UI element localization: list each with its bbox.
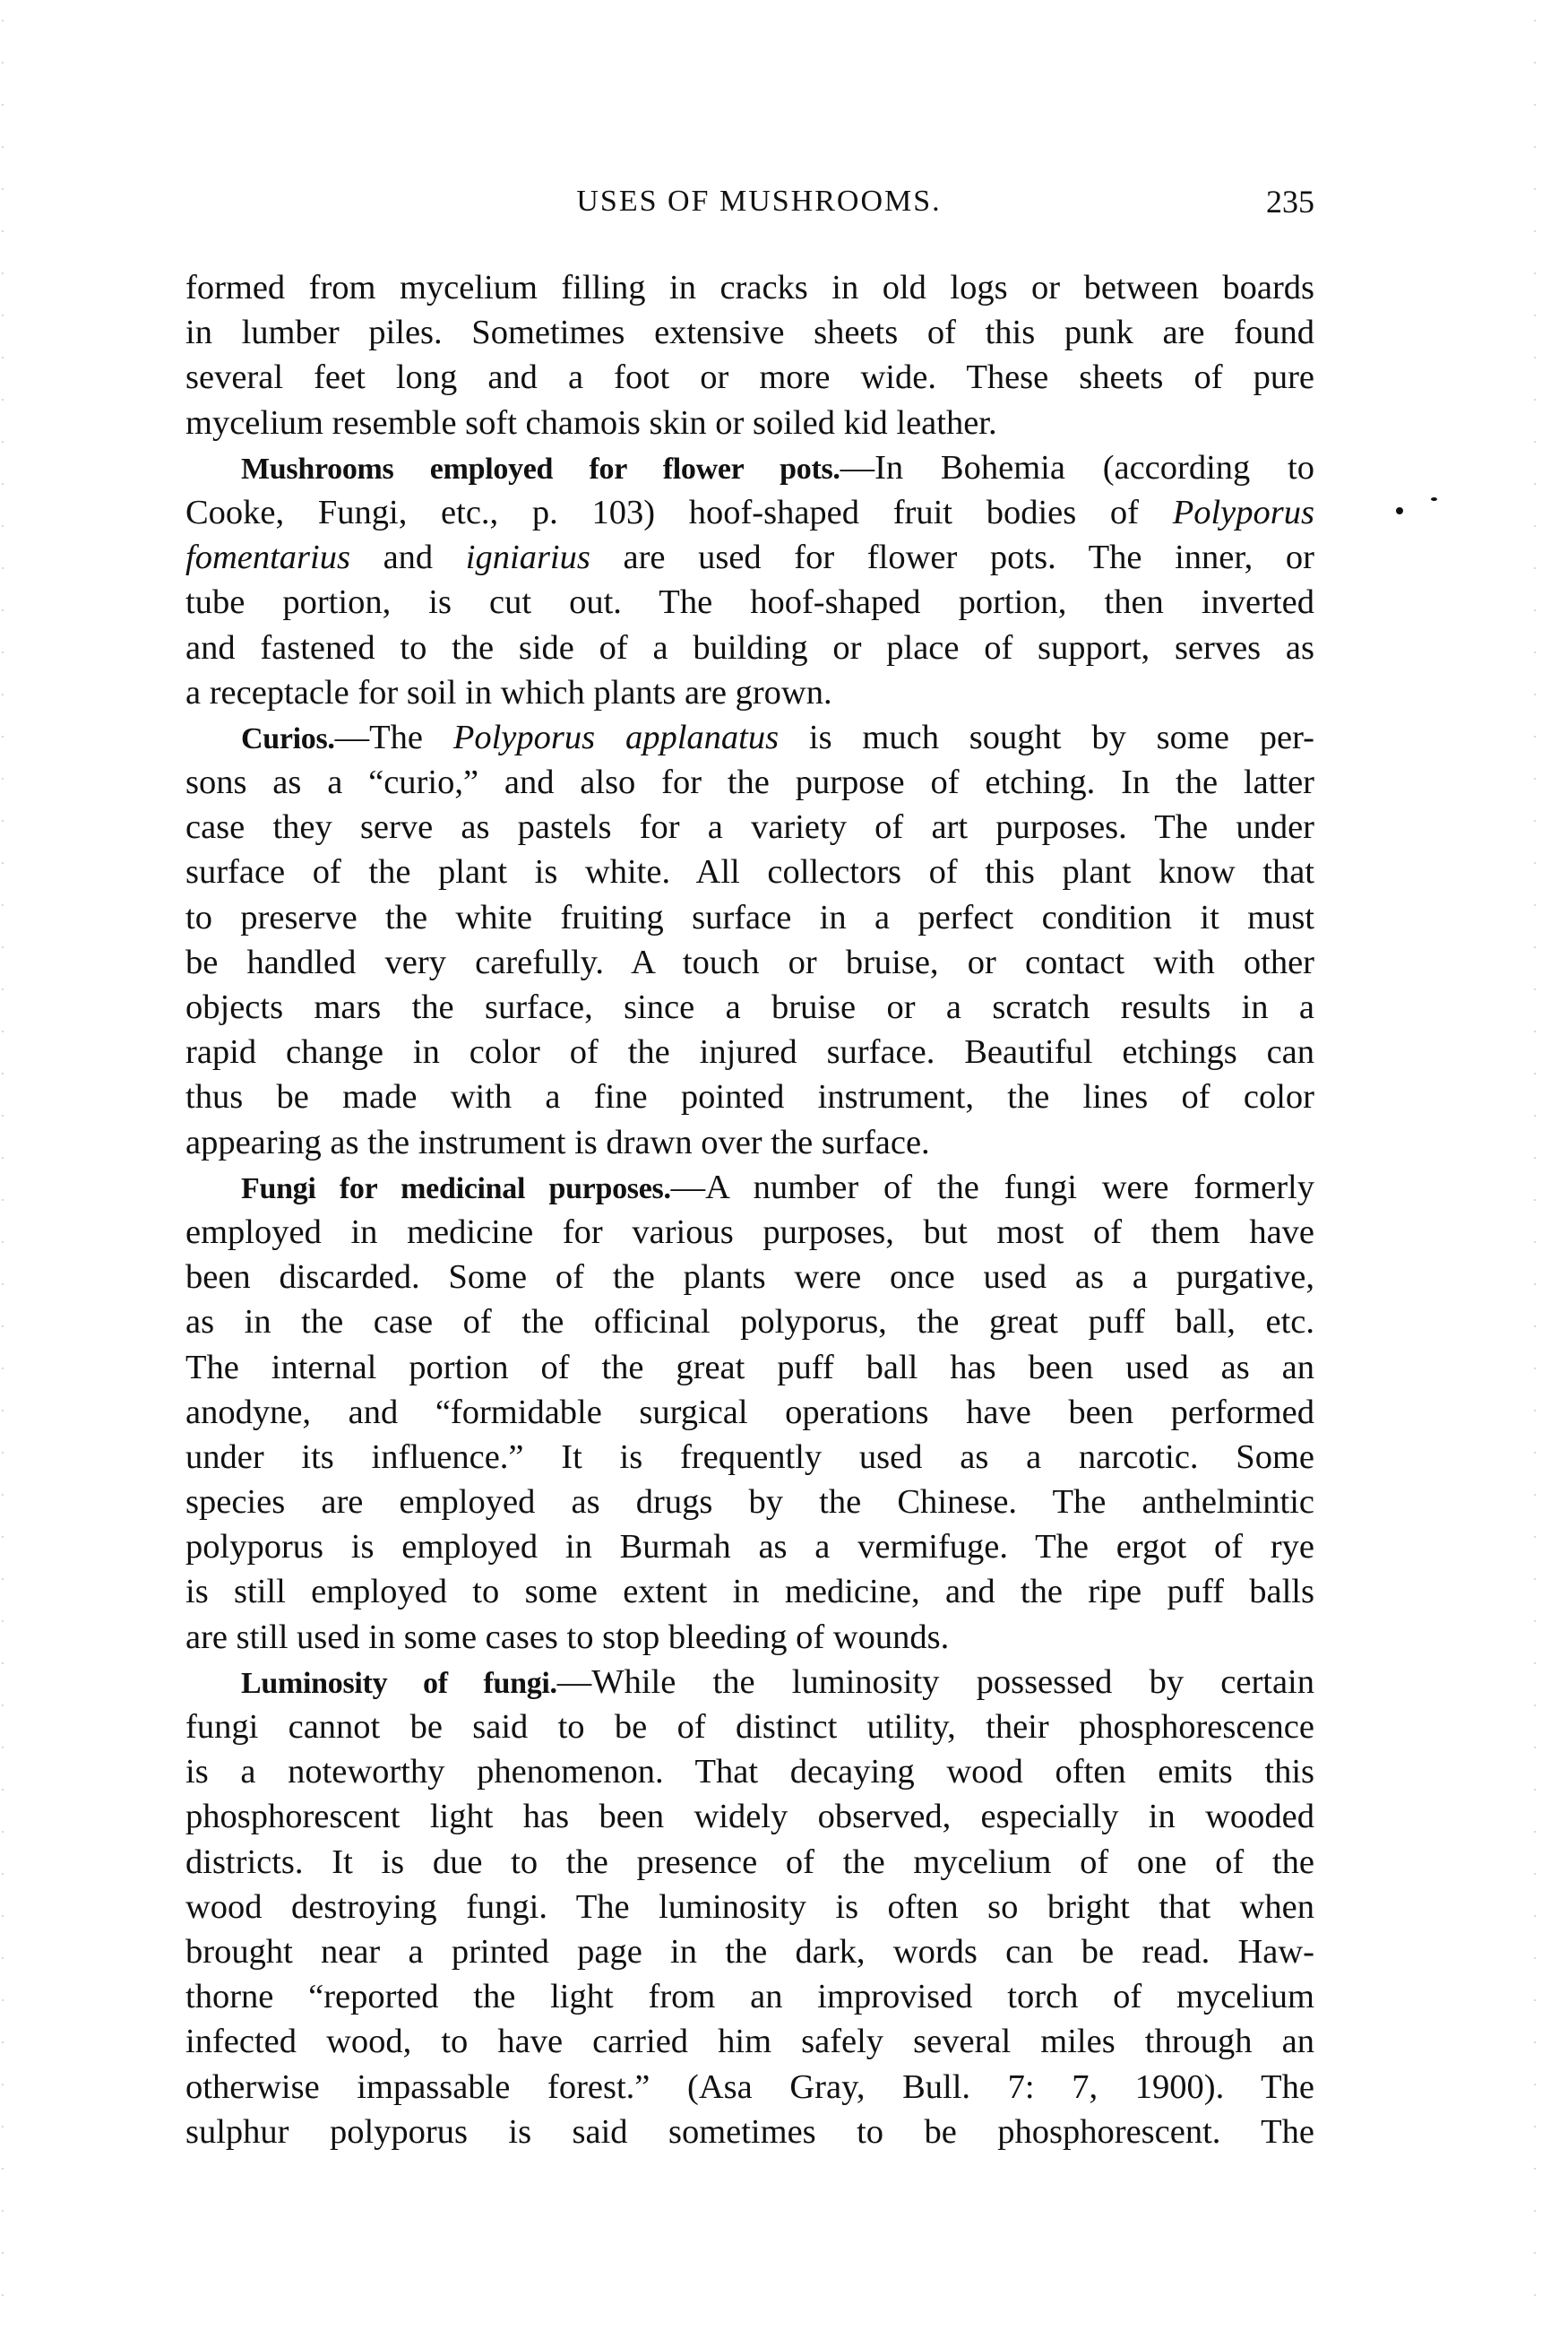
section-heading: Luminosity of fungi.	[241, 1667, 557, 1700]
section-heading: Fungi for medicinal purposes.	[241, 1172, 671, 1205]
text-run: —A number of the fungi were formerly	[671, 1169, 1314, 1206]
text-line: formed from mycelium filling in cracks i…	[185, 265, 1314, 310]
text-line: brought near a printed page in the dark,…	[185, 1929, 1314, 1974]
text-line: as in the case of the officinal polyporu…	[185, 1299, 1314, 1344]
text-line: mycelium resemble soft chamois skin or s…	[185, 401, 1314, 445]
section-heading: Mushrooms employed for flower pots.	[241, 453, 840, 486]
paragraph-continuation: formed from mycelium filling in cracks i…	[185, 265, 1314, 445]
text-line: anodyne, and “formidable surgical operat…	[185, 1390, 1314, 1435]
text-line: phosphorescent light has been widely obs…	[185, 1794, 1314, 1839]
paragraph-medicinal: Fungi for medicinal purposes.—A number o…	[185, 1165, 1314, 1660]
body-text: formed from mycelium filling in cracks i…	[185, 265, 1314, 2154]
text-line: polyporus is employed in Burmah as a ver…	[185, 1524, 1314, 1569]
text-line: Fungi for medicinal purposes.—A number o…	[185, 1165, 1314, 1210]
text-run: —While the luminosity possessed by certa…	[557, 1663, 1314, 1701]
text-line: to preserve the white fruiting surface i…	[185, 895, 1314, 940]
species-name: igniarius	[466, 539, 590, 576]
paragraph-luminosity: Luminosity of fungi.—While the luminosit…	[185, 1660, 1314, 2154]
scan-edge-left	[2, 0, 4, 2330]
text-run: are used for flower pots. The inner, or	[590, 539, 1314, 576]
species-name: Polyporus	[1173, 494, 1314, 531]
text-line: employed in medicine for various purpose…	[185, 1210, 1314, 1255]
text-line: otherwise impassable forest.” (Asa Gray,…	[185, 2065, 1314, 2110]
text-line: Luminosity of fungi.—While the luminosit…	[185, 1660, 1314, 1704]
text-run: is much sought by some per-	[779, 719, 1314, 756]
text-line: several feet long and a foot or more wid…	[185, 355, 1314, 400]
text-line: species are employed as drugs by the Chi…	[185, 1480, 1314, 1524]
paragraph-curios: Curios.—The Polyporus applanatus is much…	[185, 715, 1314, 1165]
text-line: is still employed to some extent in medi…	[185, 1569, 1314, 1614]
text-line: tube portion, is cut out. The hoof-shape…	[185, 580, 1314, 625]
species-name: Polyporus applanatus	[453, 719, 779, 756]
page-number: 235	[1266, 183, 1314, 220]
book-page: USES OF MUSHROOMS. 235 formed from mycel…	[0, 0, 1568, 2330]
text-line: sulphur polyporus is said sometimes to b…	[185, 2110, 1314, 2154]
text-line: districts. It is due to the presence of …	[185, 1840, 1314, 1885]
text-line: fomentarius and igniarius are used for f…	[185, 535, 1314, 580]
section-heading: Curios.	[241, 722, 335, 755]
text-line: in lumber piles. Sometimes extensive she…	[185, 310, 1314, 355]
text-line: be handled very carefully. A touch or br…	[185, 940, 1314, 985]
running-head: USES OF MUSHROOMS. 235	[185, 179, 1314, 224]
text-line: rapid change in color of the injured sur…	[185, 1030, 1314, 1074]
margin-mark	[1431, 497, 1437, 501]
text-line: surface of the plant is white. All colle…	[185, 850, 1314, 894]
text-line: sons as a “curio,” and also for the purp…	[185, 760, 1314, 805]
text-line: The internal portion of the great puff b…	[185, 1345, 1314, 1390]
paragraph-flower-pots: Mushrooms employed for flower pots.—In B…	[185, 445, 1314, 715]
text-line: is a noteworthy phenomenon. That decayin…	[185, 1749, 1314, 1794]
text-line: case they serve as pastels for a variety…	[185, 805, 1314, 850]
text-line: are still used in some cases to stop ble…	[185, 1615, 1314, 1660]
text-line: Curios.—The Polyporus applanatus is much…	[185, 715, 1314, 760]
text-run: and	[350, 539, 466, 576]
text-line: objects mars the surface, since a bruise…	[185, 985, 1314, 1030]
text-line: been discarded. Some of the plants were …	[185, 1255, 1314, 1299]
running-title: USES OF MUSHROOMS.	[185, 185, 1314, 219]
text-line: thus be made with a fine pointed instrum…	[185, 1074, 1314, 1119]
text-run: Cooke, Fungi, etc., p. 103) hoof-shaped …	[185, 494, 1173, 531]
text-line: infected wood, to have carried him safel…	[185, 2019, 1314, 2064]
text-line: thorne “reported the light from an impro…	[185, 1974, 1314, 2019]
text-line: a receptacle for soil in which plants ar…	[185, 670, 1314, 715]
text-run: —The	[335, 719, 453, 756]
text-line: and fastened to the side of a building o…	[185, 626, 1314, 670]
text-run: —In Bohemia (according to	[840, 449, 1314, 487]
scan-edge-right	[1534, 0, 1536, 2330]
text-line: Cooke, Fungi, etc., p. 103) hoof-shaped …	[185, 490, 1314, 535]
species-name: fomentarius	[185, 539, 350, 576]
margin-mark	[1396, 507, 1403, 514]
text-line: wood destroying fungi. The luminosity is…	[185, 1885, 1314, 1929]
text-line: under its influence.” It is frequently u…	[185, 1435, 1314, 1480]
text-line: appearing as the instrument is drawn ove…	[185, 1120, 1314, 1165]
text-line: fungi cannot be said to be of distinct u…	[185, 1704, 1314, 1749]
text-line: Mushrooms employed for flower pots.—In B…	[185, 445, 1314, 490]
